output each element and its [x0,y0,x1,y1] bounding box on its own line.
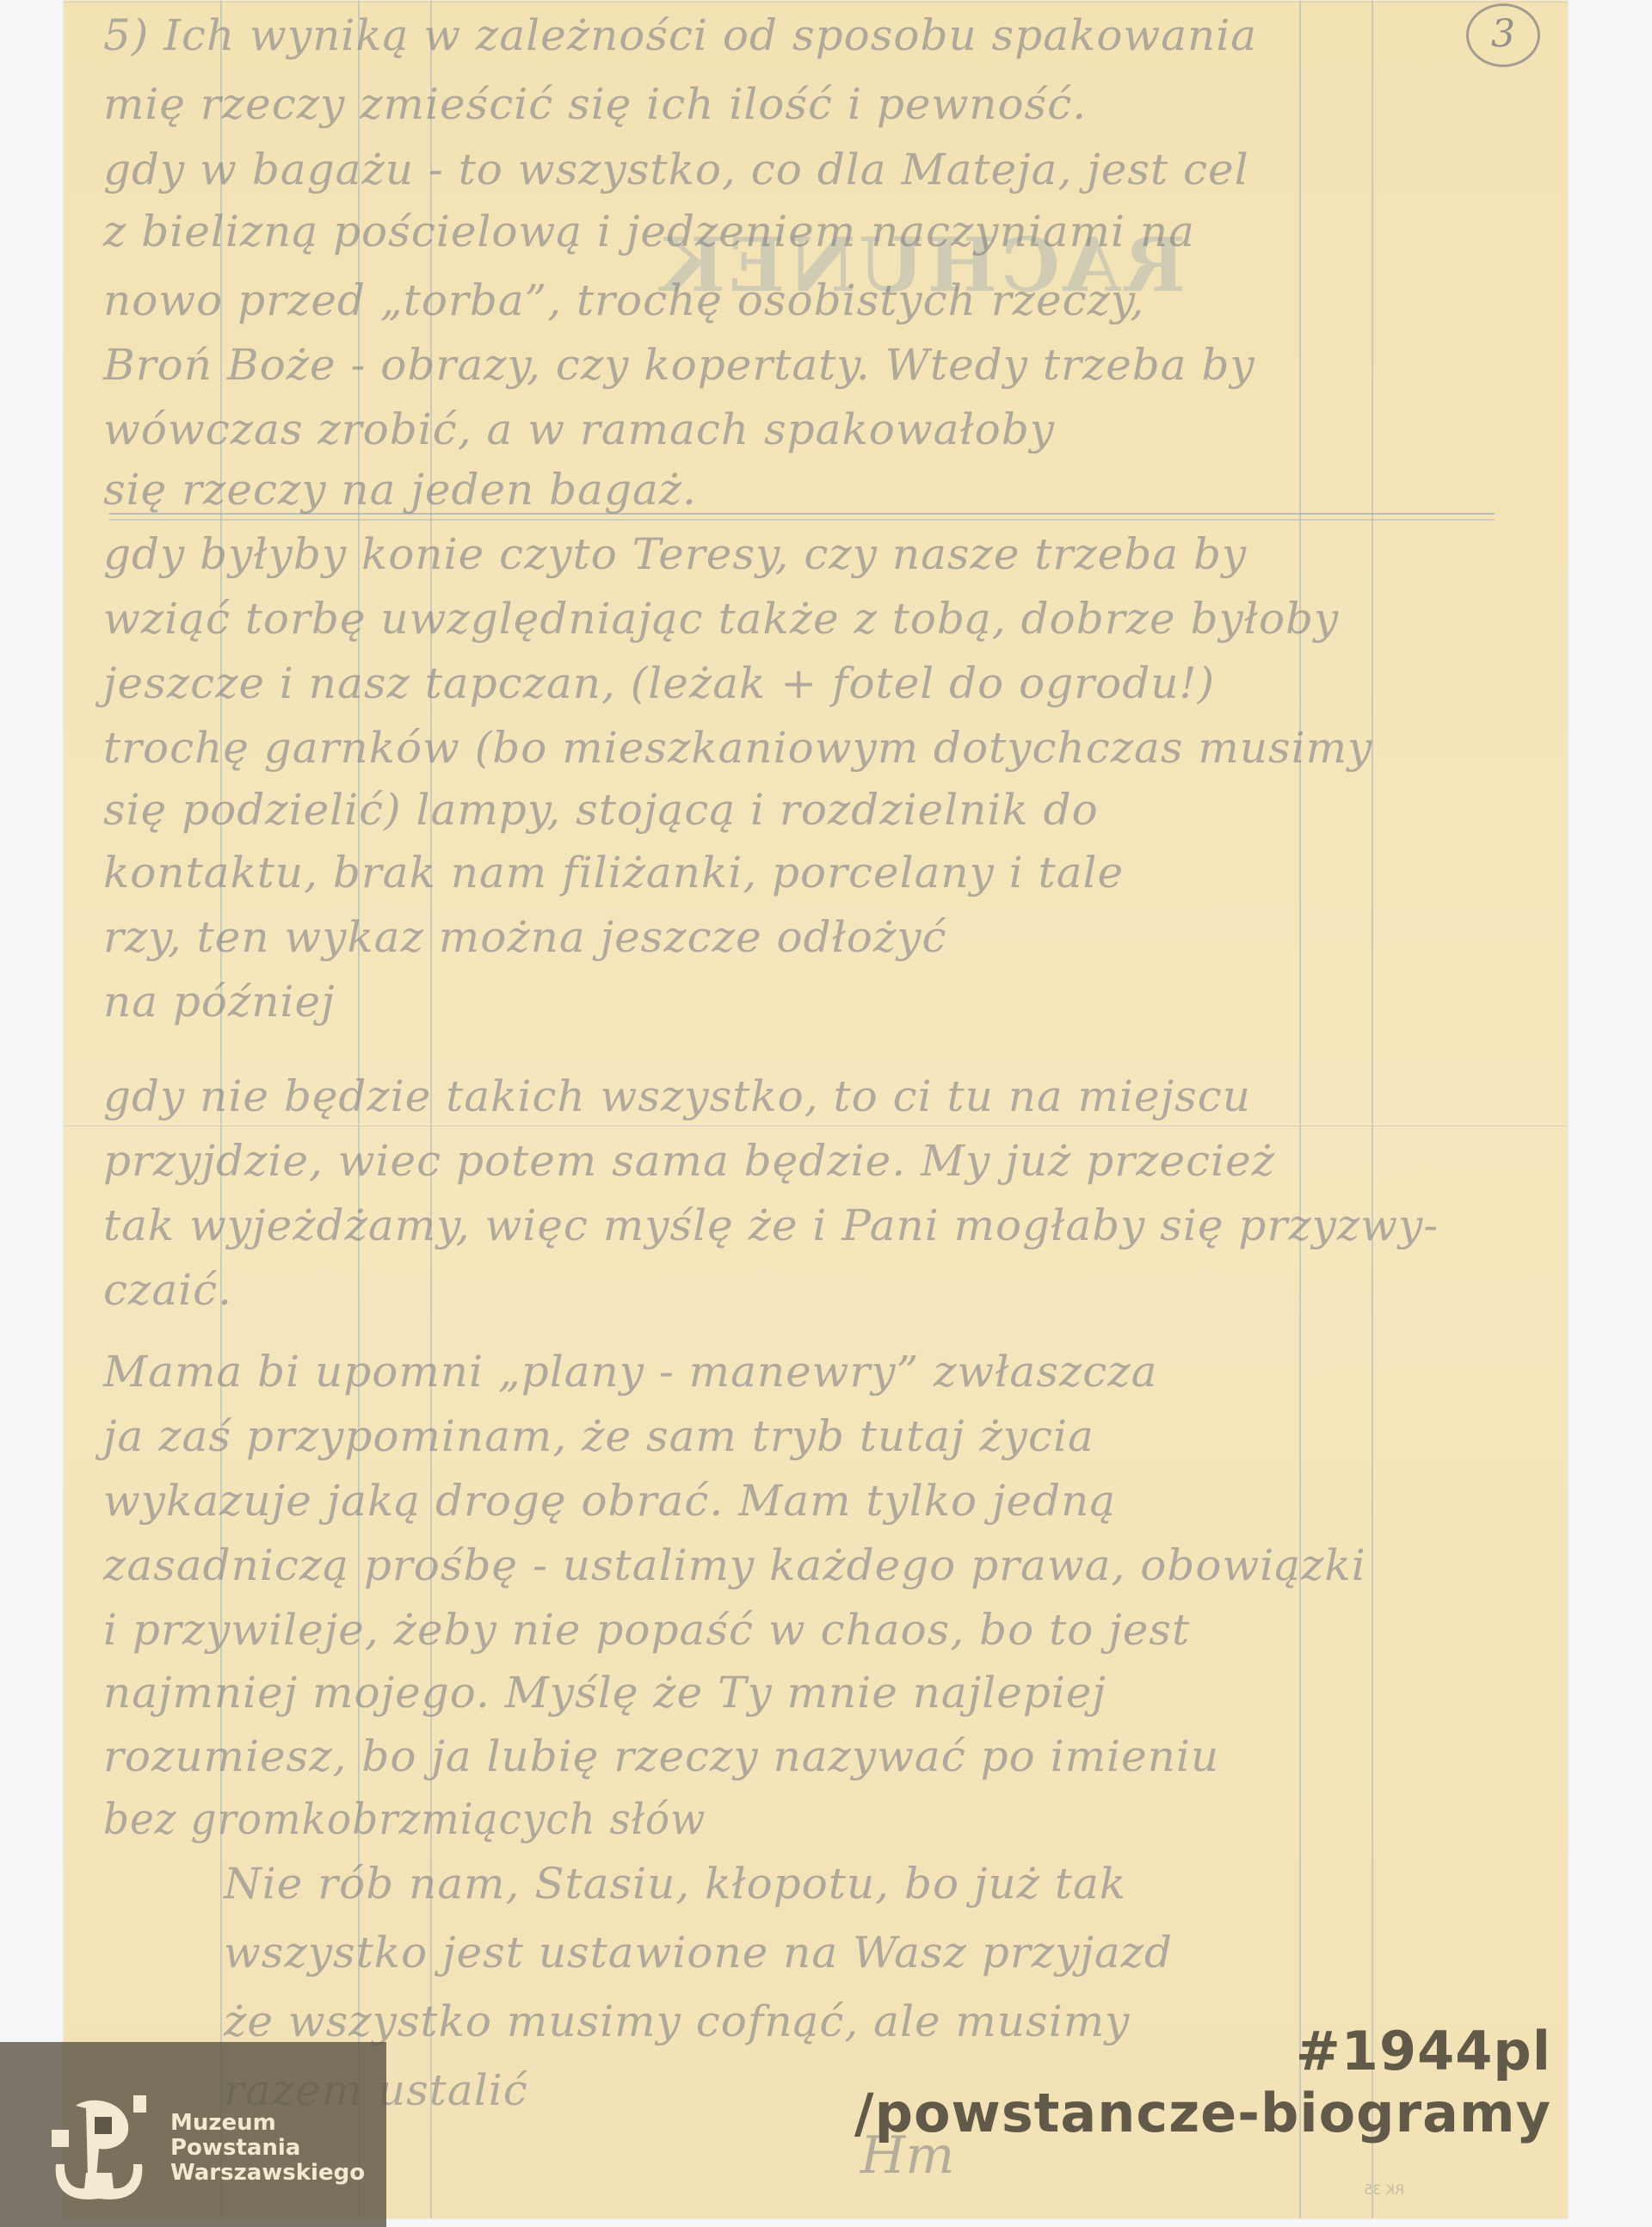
handwritten-line: nowo przed „torba”, trochę osobistych rz… [103,275,1144,325]
ledger-rule [1372,0,1373,2218]
handwritten-line: bez gromkobrzmiących słów [103,1794,706,1844]
handwritten-line: 5) Ich wyniką w zależności od sposobu sp… [103,10,1257,60]
handwritten-line: gdy w bagażu - to wszystko, co dla Matej… [103,145,1249,194]
hashtag-text: #1944pl [854,2020,1551,2082]
ledger-rule [1299,0,1301,2218]
handwritten-line: przyjdzie, wiec potem sama będzie. My ju… [103,1136,1275,1186]
handwritten-line: ja zaś przypominam, że sam tryb tutaj ży… [103,1411,1094,1461]
page-number-circled: 3 [1466,3,1540,67]
handwritten-line: Broń Boże - obrazy, czy kopertaty. Wtedy… [103,340,1255,390]
handwritten-line: na później [103,977,336,1027]
handwritten-line: się rzeczy na jeden bagaż. [103,465,697,515]
handwritten-line: tak wyjeżdżamy, więc myślę że i Pani mog… [103,1200,1439,1250]
museum-name: Muzeum Powstania Warszawskiego [170,2111,365,2186]
museum-name-line: Muzeum [170,2111,365,2136]
handwritten-line: rozumiesz, bo ja lubię rzeczy nazywać po… [103,1731,1219,1781]
paper-fold [64,1124,1568,1126]
museum-logo-badge[interactable]: Muzeum Powstania Warszawskiego [0,2042,386,2227]
museum-name-line: Powstania [170,2136,365,2161]
handwritten-line: się podzielić) lampy, stojącą i rozdziel… [103,785,1099,835]
paper-stamp: RK 35 [1364,2181,1404,2198]
handwritten-line: Nie rób nam, Stasiu, kłopotu, bo już tak [224,1859,1126,1909]
handwritten-line: Mama bi upomni „plany - manewry” zwłaszc… [103,1347,1157,1397]
handwritten-line: jeszcze i nasz tapczan, (leżak + fotel d… [103,658,1215,708]
handwritten-line: wszystko jest ustawione na Wasz przyjazd [224,1928,1173,1977]
handwritten-line: gdy nie będzie takich wszystko, to ci tu… [103,1071,1251,1121]
handwritten-line: z bielizną pościelową i jedzeniem naczyn… [103,207,1195,256]
handwritten-line: i przywileje, żeby nie popaść w chaos, b… [103,1605,1190,1655]
handwritten-line: najmniej mojego. Myślę że Ty mnie najlep… [103,1668,1106,1718]
kotwica-anchor-icon [52,2095,146,2203]
handwritten-line: wykazuje jaką drogę obrać. Mam tylko jed… [103,1476,1116,1526]
handwritten-line: trochę garnków (bo mieszkaniowym dotychc… [103,723,1372,773]
handwritten-line: mię rzeczy zmieścić się ich ilość i pewn… [103,79,1087,129]
handwritten-line: gdy byłyby konie czyto Teresy, czy nasze… [103,529,1247,579]
handwritten-line: rzy, ten wykaz można jeszcze odłożyć [103,912,947,962]
hashtag-overlay: #1944pl /powstancze-biogramy [854,2020,1551,2144]
collection-link[interactable]: /powstancze-biogramy [854,2082,1551,2144]
handwritten-line: zasadniczą prośbę - ustalimy każdego pra… [103,1540,1366,1590]
handwritten-line: wówczas zrobić, a w ramach spakowałoby [103,404,1055,454]
paper-fold [64,0,1568,3]
museum-name-line: Warszawskiego [170,2161,365,2186]
handwritten-line: wziąć torbę uwzględniając także z tobą, … [103,594,1339,644]
handwritten-line: kontaktu, brak nam filiżanki, porcelany … [103,848,1124,898]
handwritten-line: czaić. [103,1265,232,1315]
